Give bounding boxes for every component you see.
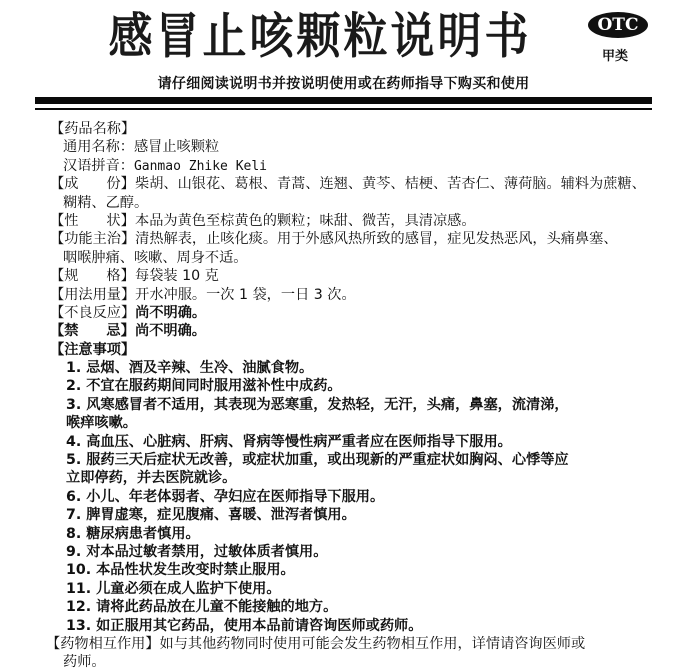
section-label-character: 【性状】 bbox=[50, 212, 135, 230]
indications-row: 【功能主治】清热解表，止咳化痰。用于外感风热所致的感冒，症见发热恶风，头痛鼻塞、 bbox=[50, 230, 650, 248]
generic-name-row: 通用名称：感冒止咳颗粒 bbox=[50, 138, 650, 156]
page-title: 感冒止咳颗粒说明书 bbox=[100, 2, 540, 72]
precaution-item: 3. 风寒感冒者不适用，其表现为恶寒重，发热轻，无汗，头痛，鼻塞，流清涕， bbox=[50, 396, 650, 414]
contraindications-value: 尚不明确。 bbox=[135, 323, 206, 339]
contraindications-row: 【禁忌】尚不明确。 bbox=[50, 322, 650, 340]
interactions-row: 【药物相互作用】如与其他药物同时使用可能会发生药物相互作用，详情请咨询医师或 bbox=[46, 635, 650, 653]
precaution-item: 1. 忌烟、酒及辛辣、生冷、油腻食物。 bbox=[50, 359, 650, 377]
precaution-item: 10. 本品性状发生改变时禁止服用。 bbox=[50, 561, 650, 579]
character-value: 本品为黄色至棕黄色的颗粒；味甜、微苦，具清凉感。 bbox=[135, 213, 476, 229]
section-label-specification: 【规格】 bbox=[50, 267, 135, 285]
section-label: 【药品名称】 bbox=[50, 121, 135, 137]
ingredients-value: 柴胡、山银花、葛根、青蒿、连翘、黄芩、桔梗、苦杏仁、薄荷脑。辅料为蔗糖、 bbox=[135, 176, 646, 192]
precaution-item: 9. 对本品过敏者禁用，过敏体质者慎用。 bbox=[50, 543, 650, 561]
pinyin-value: Ganmao Zhike Keli bbox=[134, 159, 267, 174]
header-rule-thin bbox=[35, 108, 652, 110]
interactions-continued: 药师。 bbox=[50, 653, 650, 671]
leaflet-body: 【药品名称】 通用名称：感冒止咳颗粒 汉语拼音：Ganmao Zhike Kel… bbox=[50, 120, 650, 671]
field-label: 通用名称： bbox=[63, 139, 134, 155]
drug-name-heading: 【药品名称】 bbox=[50, 120, 650, 138]
ingredients-continued: 糊精、乙醇。 bbox=[50, 194, 650, 212]
precaution-item: 8. 糖尿病患者慎用。 bbox=[50, 525, 650, 543]
generic-name-value: 感冒止咳颗粒 bbox=[134, 139, 219, 155]
precaution-item: 7. 脾胃虚寒，症见腹痛、喜暖、泄泻者慎用。 bbox=[50, 506, 650, 524]
specification-row: 【规格】每袋装 10 克 bbox=[50, 267, 650, 285]
precaution-item-continued: 喉痒咳嗽。 bbox=[50, 414, 650, 432]
indications-continued: 咽喉肿痛、咳嗽、周身不适。 bbox=[50, 249, 650, 267]
section-label-dosage: 【用法用量】 bbox=[50, 287, 135, 303]
otc-badge: OTC bbox=[588, 12, 648, 38]
section-label-ingredients: 【成份】 bbox=[50, 175, 135, 193]
field-label: 汉语拼音： bbox=[63, 158, 134, 174]
section-label-contraindications: 【禁忌】 bbox=[50, 322, 135, 340]
precaution-item: 4. 高血压、心脏病、肝病、肾病等慢性病严重者应在医师指导下服用。 bbox=[50, 433, 650, 451]
precaution-item: 6. 小儿、年老体弱者、孕妇应在医师指导下服用。 bbox=[50, 488, 650, 506]
ingredients-row: 【成份】柴胡、山银花、葛根、青蒿、连翘、黄芩、桔梗、苦杏仁、薄荷脑。辅料为蔗糖、 bbox=[50, 175, 650, 193]
indications-value: 清热解表，止咳化痰。用于外感风热所致的感冒，症见发热恶风，头痛鼻塞、 bbox=[135, 231, 617, 247]
otc-class-label: 甲类 bbox=[602, 45, 628, 64]
precaution-item: 11. 儿童必须在成人监护下使用。 bbox=[50, 580, 650, 598]
precaution-item: 2. 不宜在服药期间同时服用滋补性中成药。 bbox=[50, 377, 650, 395]
dosage-value: 开水冲服。一次 1 袋，一日 3 次。 bbox=[135, 287, 356, 303]
subtitle-instruction: 请仔细阅读说明书并按说明使用或在药师指导下购买和使用 bbox=[35, 73, 652, 93]
precautions-heading: 【注意事项】 bbox=[50, 341, 650, 359]
specification-value: 每袋装 10 克 bbox=[135, 268, 219, 284]
interactions-value: 如与其他药物同时使用可能会发生药物相互作用，详情请咨询医师或 bbox=[160, 636, 586, 652]
section-label-adverse: 【不良反应】 bbox=[50, 305, 135, 321]
section-label-indications: 【功能主治】 bbox=[50, 231, 135, 247]
section-label-precautions: 【注意事项】 bbox=[50, 342, 135, 358]
section-label-interactions: 【药物相互作用】 bbox=[46, 636, 160, 652]
adverse-reactions-value: 尚不明确。 bbox=[135, 305, 206, 321]
dosage-row: 【用法用量】开水冲服。一次 1 袋，一日 3 次。 bbox=[50, 286, 650, 304]
precaution-item-continued: 立即停药，并去医院就诊。 bbox=[50, 469, 650, 487]
character-row: 【性状】本品为黄色至棕黄色的颗粒；味甜、微苦，具清凉感。 bbox=[50, 212, 650, 230]
precaution-item: 5. 服药三天后症状无改善，或症状加重，或出现新的严重症状如胸闷、心悸等应 bbox=[50, 451, 650, 469]
pinyin-row: 汉语拼音：Ganmao Zhike Keli bbox=[50, 157, 650, 175]
header-rule-thick bbox=[35, 97, 652, 104]
precaution-item: 13. 如正服用其它药品，使用本品前请咨询医师或药师。 bbox=[50, 617, 650, 635]
adverse-reactions-row: 【不良反应】尚不明确。 bbox=[50, 304, 650, 322]
precaution-item: 12. 请将此药品放在儿童不能接触的地方。 bbox=[50, 598, 650, 616]
